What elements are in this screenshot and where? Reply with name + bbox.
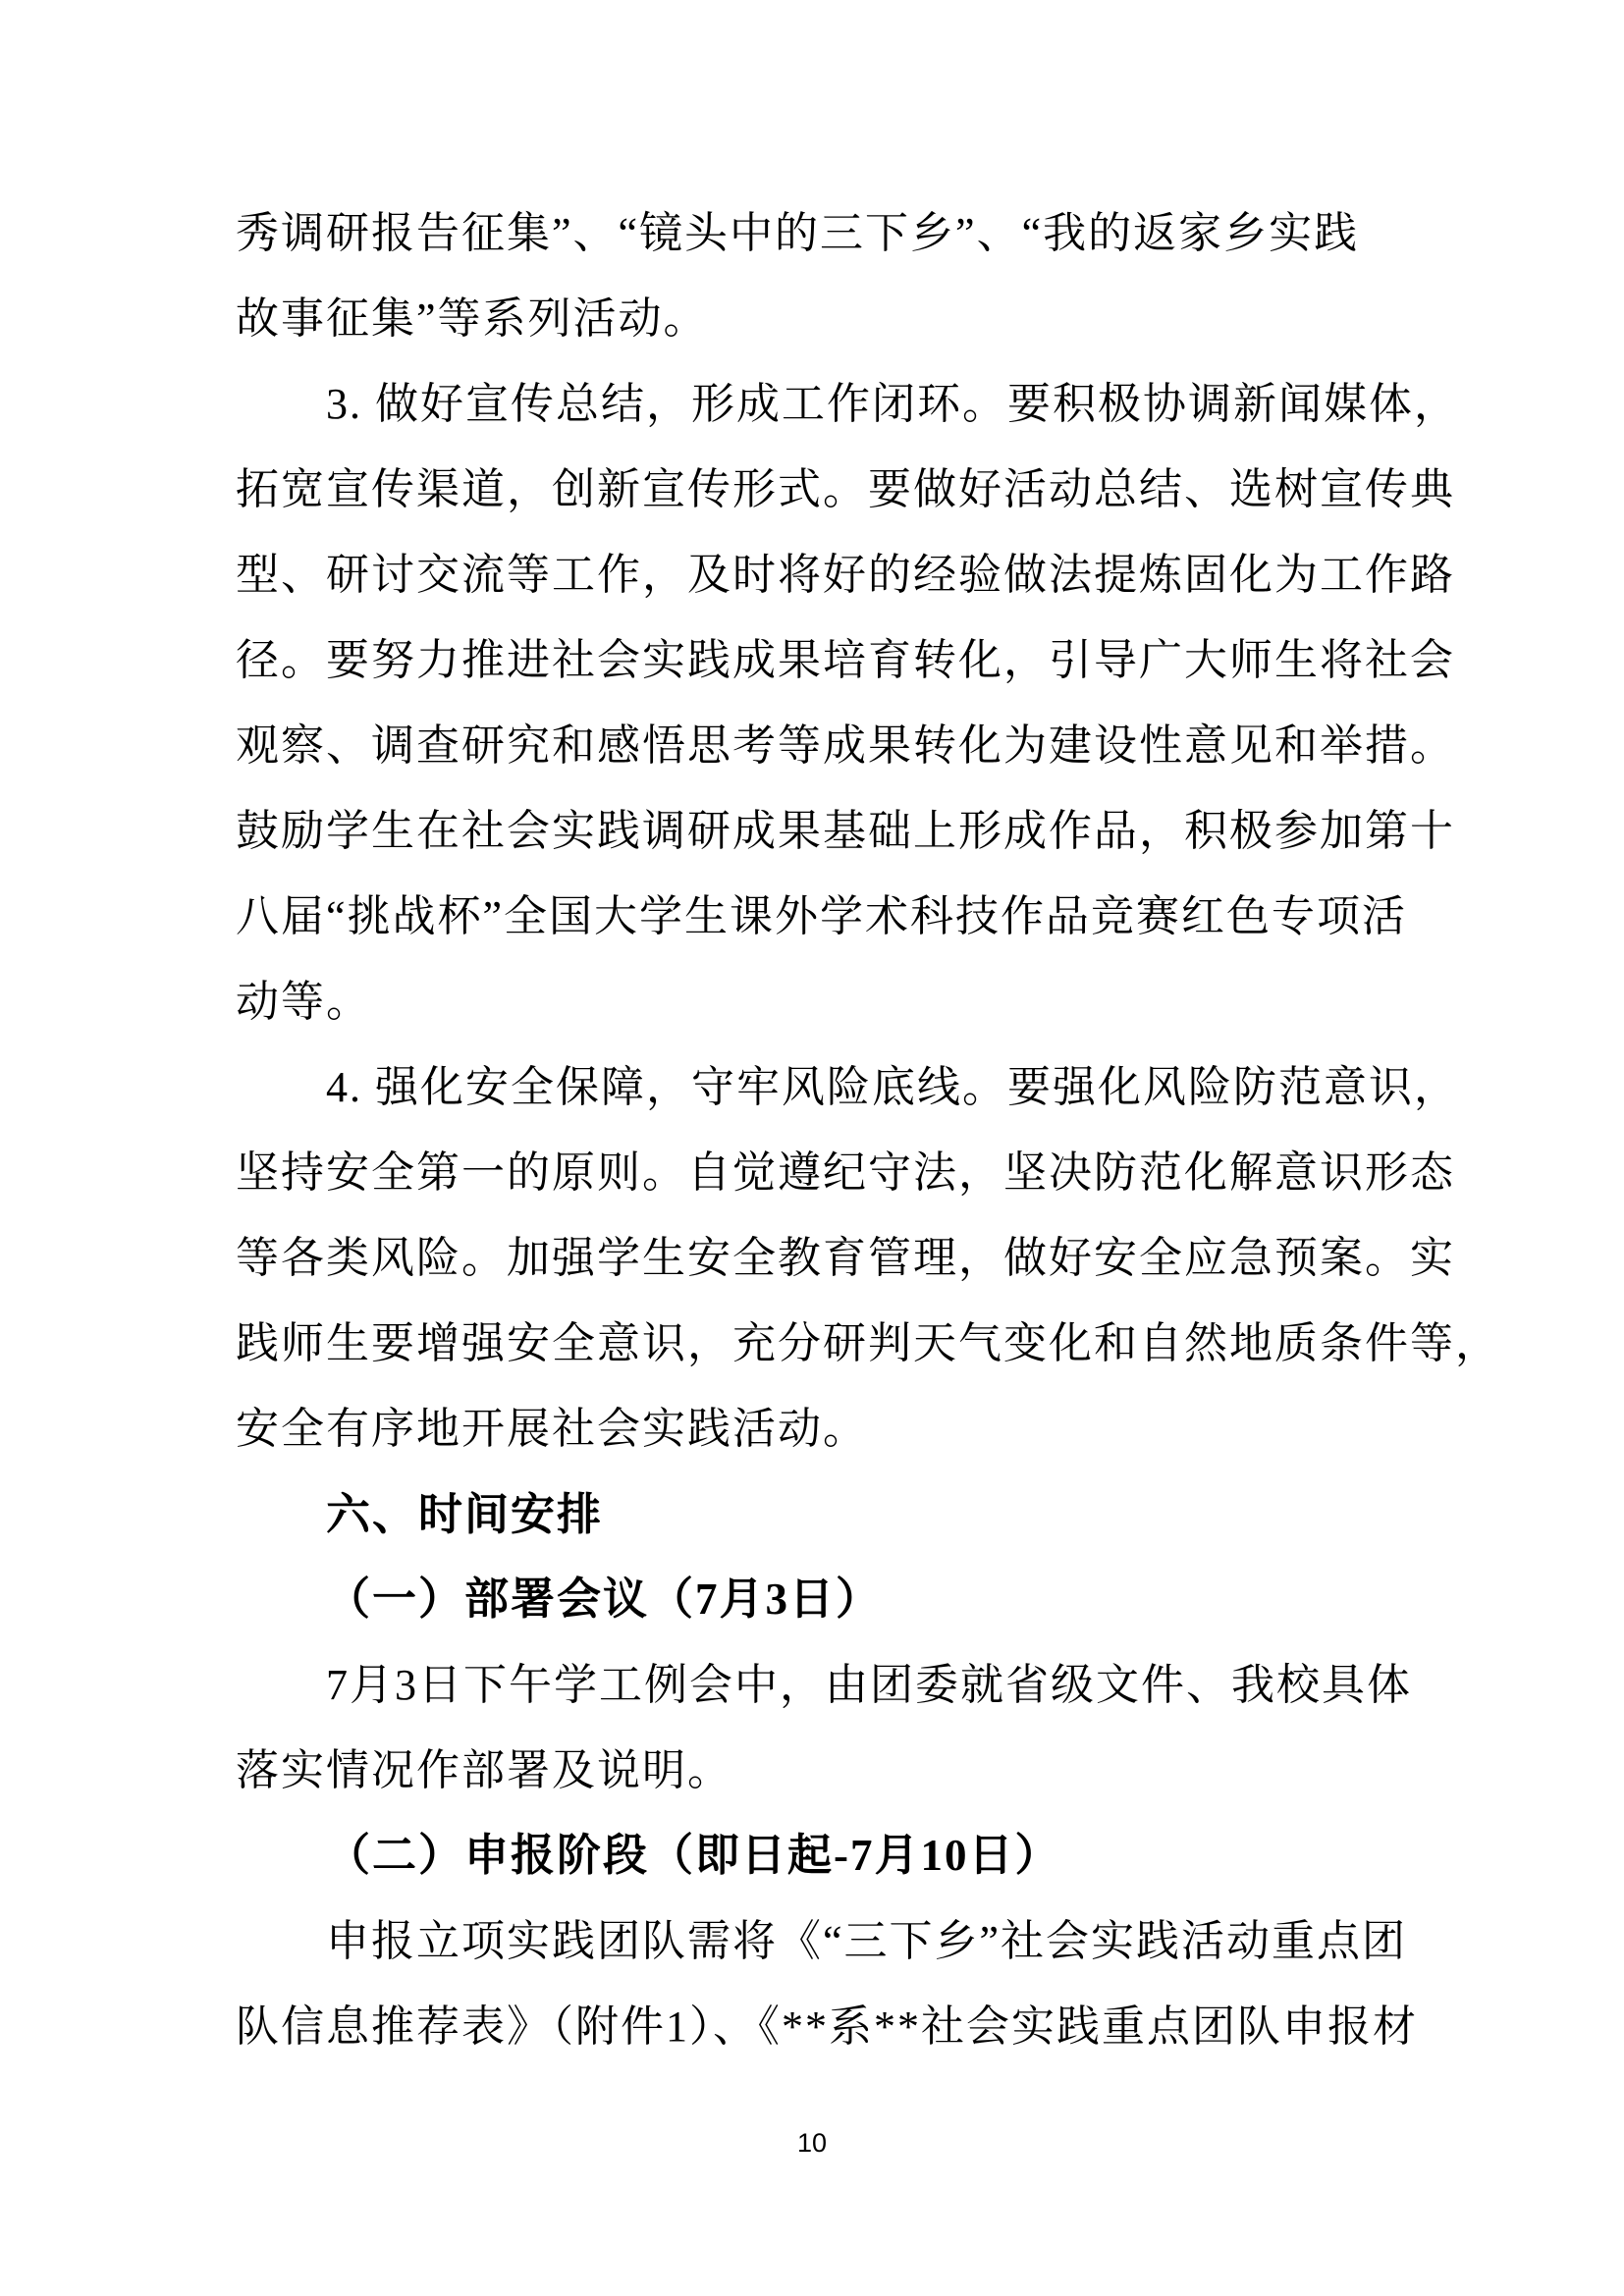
text-line: 拓宽宣传渠道，创新宣传形式。要做好活动总结、选树宣传典	[236, 447, 1463, 532]
text-line: 3. 做好宣传总结，形成工作闭环。要积极协调新闻媒体，	[236, 361, 1463, 447]
text-line: 队信息推荐表》（附件1）、《**系**社会实践重点团队申报材	[236, 1984, 1463, 2069]
text-line: 坚持安全第一的原则。自觉遵纪守法，坚决防范化解意识形态	[236, 1130, 1463, 1215]
text-line: 申报立项实践团队需将《“三下乡”社会实践活动重点团	[236, 1898, 1463, 1984]
text-line: 观察、调查研究和感悟思考等成果转化为建设性意见和举措。	[236, 703, 1463, 788]
text-line: 践师生要增强安全意识，充分研判天气变化和自然地质条件等，	[236, 1301, 1463, 1386]
text-line: 安全有序地开展社会实践活动。	[236, 1386, 1463, 1471]
text-line: 秀调研报告征集”、“镜头中的三下乡”、“我的返家乡实践	[236, 190, 1463, 276]
page-number: 10	[0, 2128, 1624, 2159]
heading-line: 六、时间安排	[236, 1471, 1463, 1557]
text-line: 八届“挑战杯”全国大学生课外学术科技作品竞赛红色专项活	[236, 874, 1463, 959]
text-line: 径。要努力推进社会实践成果培育转化，引导广大师生将社会	[236, 617, 1463, 703]
text-line: 故事征集”等系列活动。	[236, 276, 1463, 361]
heading-line: （一）部署会议（7月3日）	[236, 1557, 1463, 1642]
document-page: 秀调研报告征集”、“镜头中的三下乡”、“我的返家乡实践故事征集”等系列活动。3.…	[0, 0, 1624, 2296]
text-line: 4. 强化安全保障，守牢风险底线。要强化风险防范意识，	[236, 1044, 1463, 1130]
text-line: 动等。	[236, 959, 1463, 1044]
text-line: 落实情况作部署及说明。	[236, 1728, 1463, 1813]
document-body: 秀调研报告征集”、“镜头中的三下乡”、“我的返家乡实践故事征集”等系列活动。3.…	[236, 190, 1463, 2069]
text-line: 7月3日下午学工例会中，由团委就省级文件、我校具体	[236, 1642, 1463, 1728]
text-line: 型、研讨交流等工作，及时将好的经验做法提炼固化为工作路	[236, 532, 1463, 617]
text-line: 鼓励学生在社会实践调研成果基础上形成作品，积极参加第十	[236, 788, 1463, 874]
heading-line: （二）申报阶段（即日起-7月10日）	[236, 1813, 1463, 1898]
text-line: 等各类风险。加强学生安全教育管理，做好安全应急预案。实	[236, 1215, 1463, 1301]
